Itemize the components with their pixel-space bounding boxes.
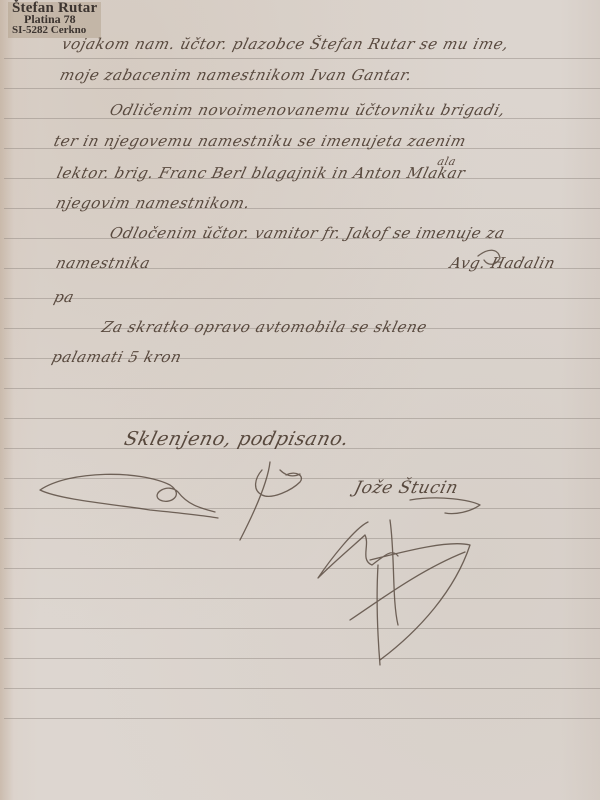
signature-hadalin-flourish — [478, 250, 500, 264]
signature-rutar — [318, 498, 480, 665]
signature-berl — [40, 474, 218, 518]
signatures-drawing — [0, 0, 600, 800]
document-page: Štefan Rutar Platina 78 SI-5282 Cerkno v… — [0, 0, 600, 800]
signature-jozef — [240, 462, 301, 540]
